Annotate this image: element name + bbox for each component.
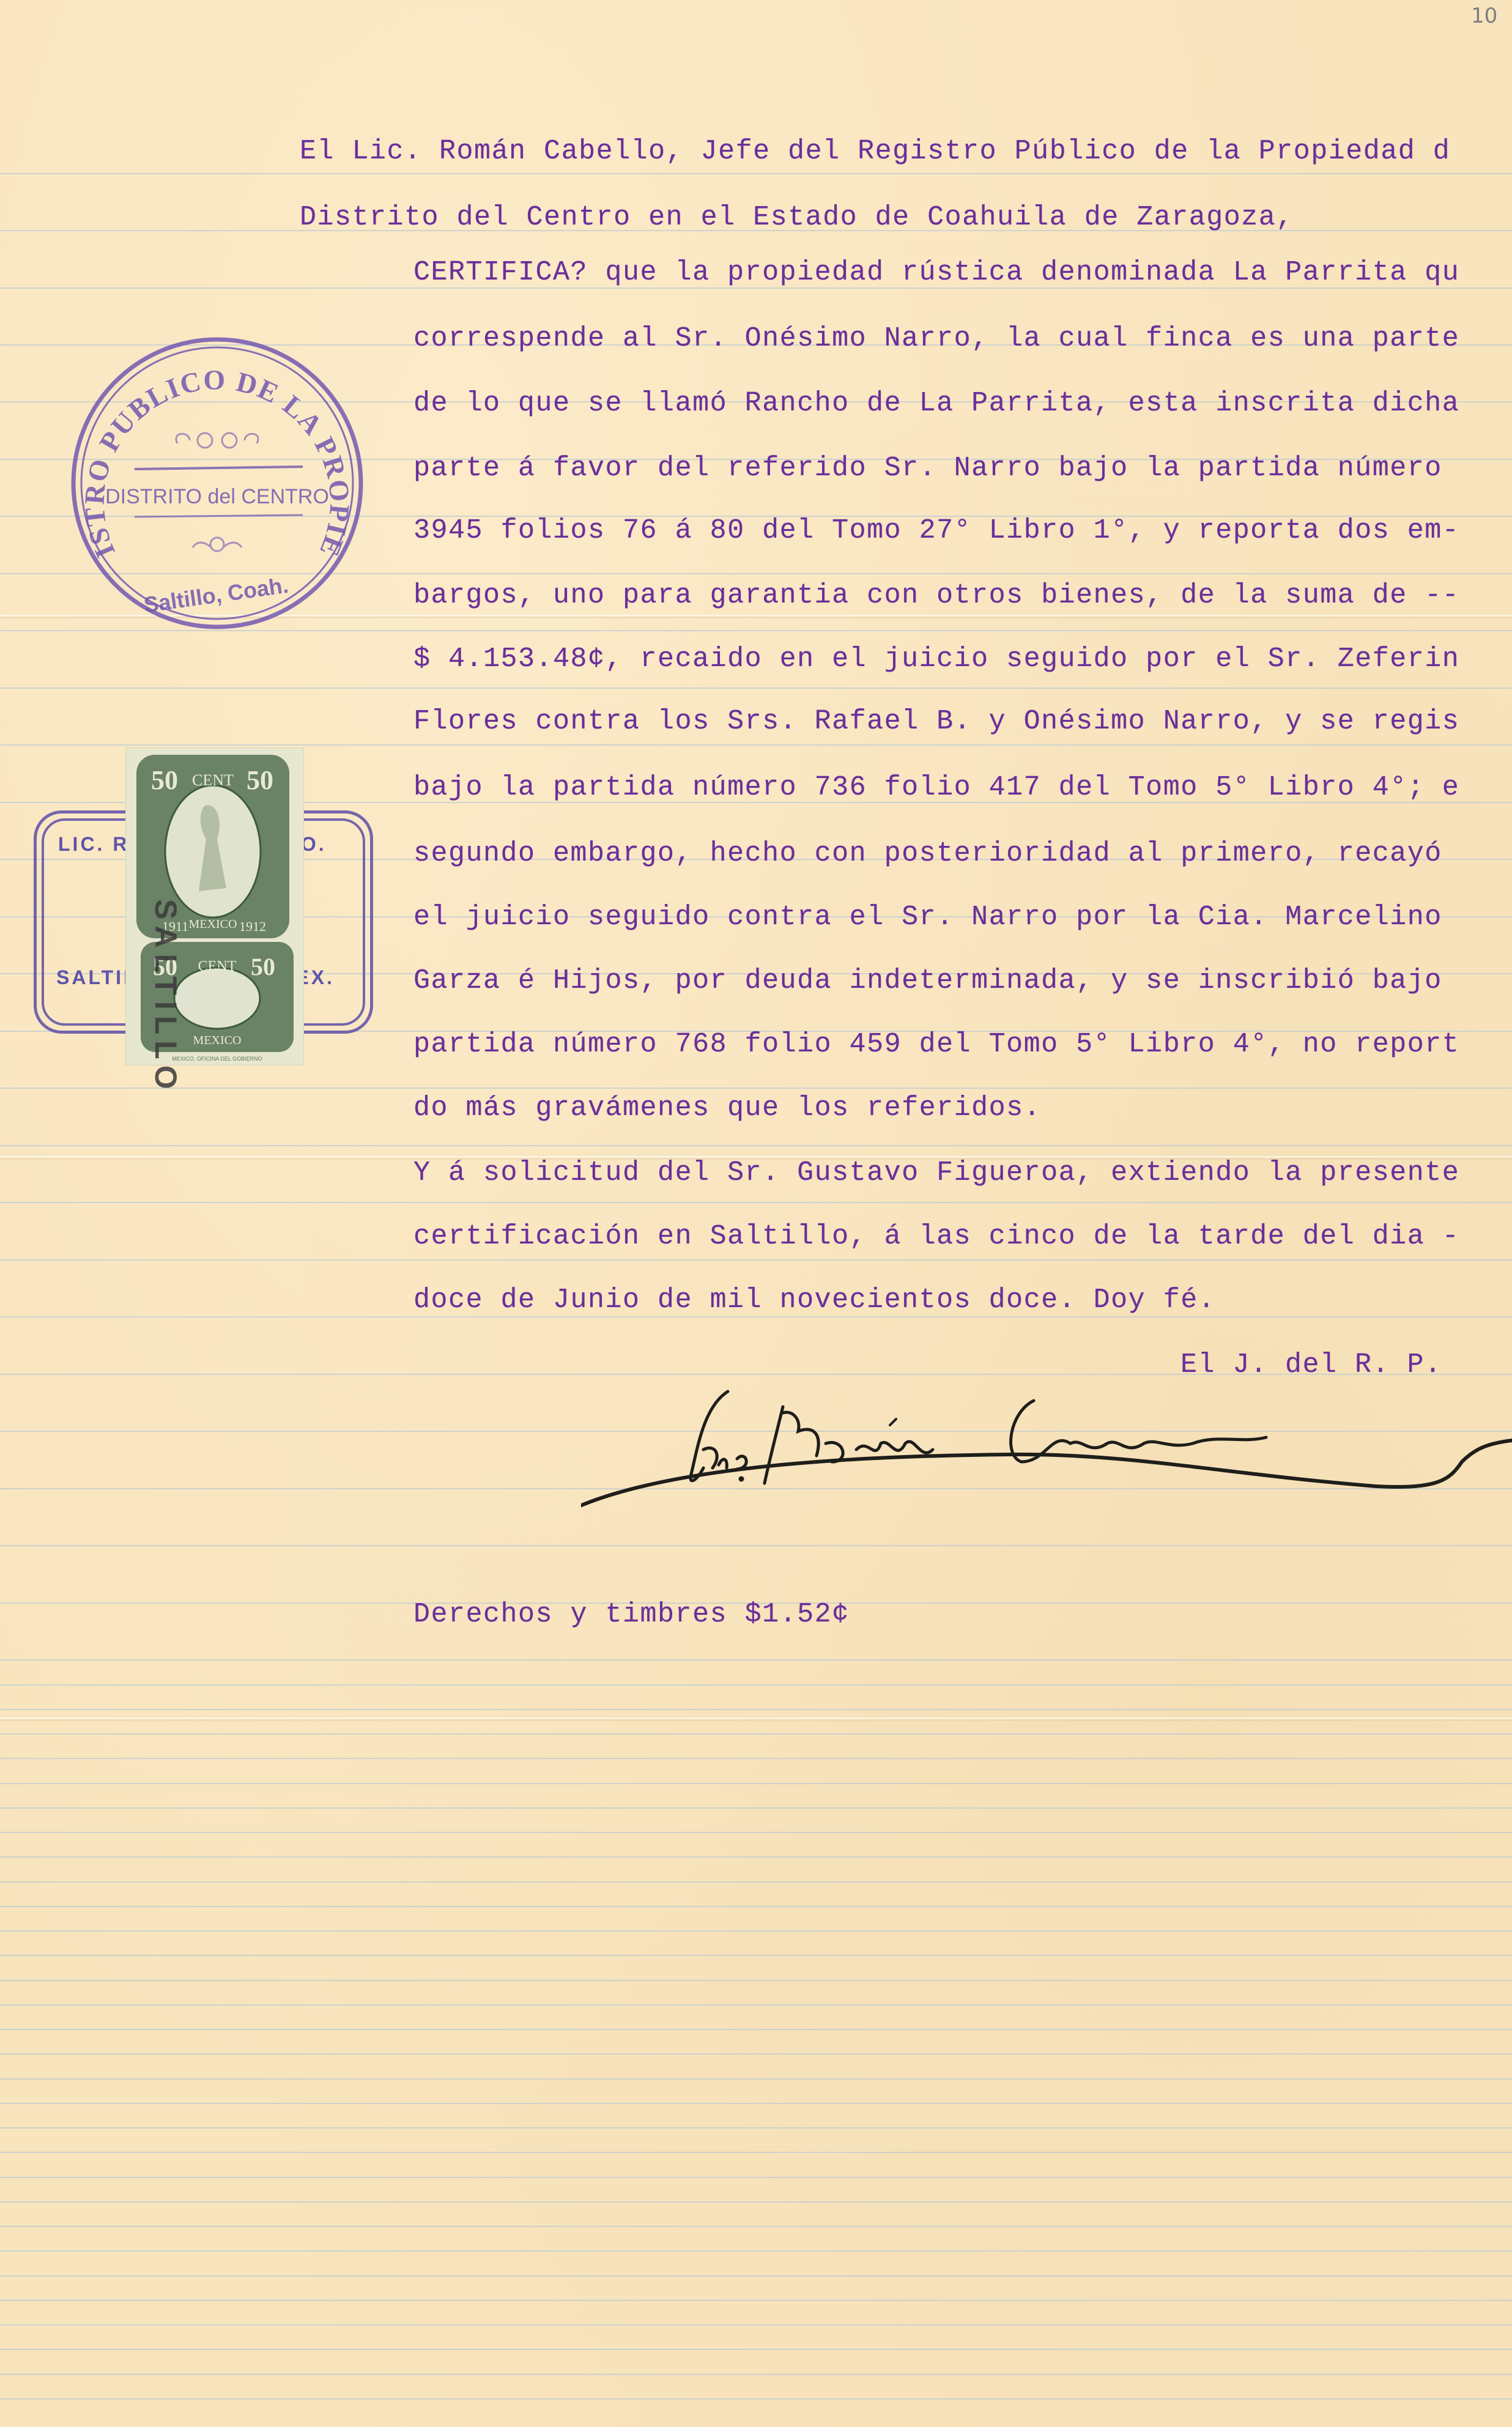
text-line: Garza é Hijos, por deuda indeterminada, … xyxy=(413,965,1442,996)
text-line: do más gravámenes que los referidos. xyxy=(413,1092,1041,1124)
text-line: correspende al Sr. Onésimo Narro, la cua… xyxy=(413,323,1459,354)
page-number: 10 xyxy=(1471,4,1497,28)
text-line: bajo la partida número 736 folio 417 del… xyxy=(413,772,1459,803)
text-line: Y á solicitud del Sr. Gustavo Figueroa, … xyxy=(413,1157,1459,1188)
text-line: $ 4.153.48¢, recaido en el juicio seguid… xyxy=(413,643,1459,675)
text-line: bargos, uno para garantia con otros bien… xyxy=(413,580,1459,611)
svg-text:50: 50 xyxy=(251,953,275,980)
svg-text:MEXICO. OFICINA DEL GOBIERNO: MEXICO. OFICINA DEL GOBIERNO xyxy=(172,1056,262,1062)
text-line: CERTIFICA? que la propiedad rústica deno… xyxy=(413,257,1459,288)
fees-line: Derechos y timbres $1.52¢ xyxy=(413,1599,850,1630)
text-line: El Lic. Román Cabello, Jefe del Registro… xyxy=(300,136,1450,167)
text-line: certificación en Saltillo, á las cinco d… xyxy=(413,1221,1459,1252)
text-line: Distrito del Centro en el Estado de Coah… xyxy=(300,202,1294,233)
seal-outer-text: REGISTRO PUBLICO DE LA PROPIEDAD xyxy=(67,333,356,562)
svg-text:50: 50 xyxy=(246,765,273,795)
text-line: parte á favor del referido Sr. Narro baj… xyxy=(413,453,1442,484)
svg-text:MEXICO: MEXICO xyxy=(193,1034,242,1047)
seal-bottom-text: Saltillo, Coah. xyxy=(143,572,290,618)
text-line: Flores contra los Srs. Rafael B. y Onési… xyxy=(413,706,1459,737)
text-line: de lo que se llamó Rancho de La Parrita,… xyxy=(413,388,1459,419)
svg-text:REGISTRO PUBLICO DE LA PROPIED: REGISTRO PUBLICO DE LA PROPIEDAD xyxy=(67,333,356,562)
text-line: 3945 folios 76 á 80 del Tomo 27° Libro 1… xyxy=(413,515,1459,546)
seal-center-text: DISTRITO del CENTRO xyxy=(105,485,329,508)
signature xyxy=(581,1376,1512,1535)
registry-seal: REGISTRO PUBLICO DE LA PROPIEDAD DISTRIT… xyxy=(67,333,367,633)
cancellation-overprint: SALTILLO xyxy=(148,899,183,1095)
text-line: segundo embargo, hecho con posterioridad… xyxy=(413,838,1442,869)
svg-text:50: 50 xyxy=(151,765,178,795)
svg-text:CENT: CENT xyxy=(198,958,237,974)
svg-text:1912: 1912 xyxy=(239,919,266,934)
text-line: doce de Junio de mil novecientos doce. D… xyxy=(413,1284,1215,1316)
svg-text:CENT: CENT xyxy=(192,771,234,789)
text-line: partida número 768 folio 459 del Tomo 5°… xyxy=(413,1029,1459,1060)
svg-text:MEXICO: MEXICO xyxy=(189,917,237,931)
text-line: el juicio seguido contra el Sr. Narro po… xyxy=(413,902,1442,933)
